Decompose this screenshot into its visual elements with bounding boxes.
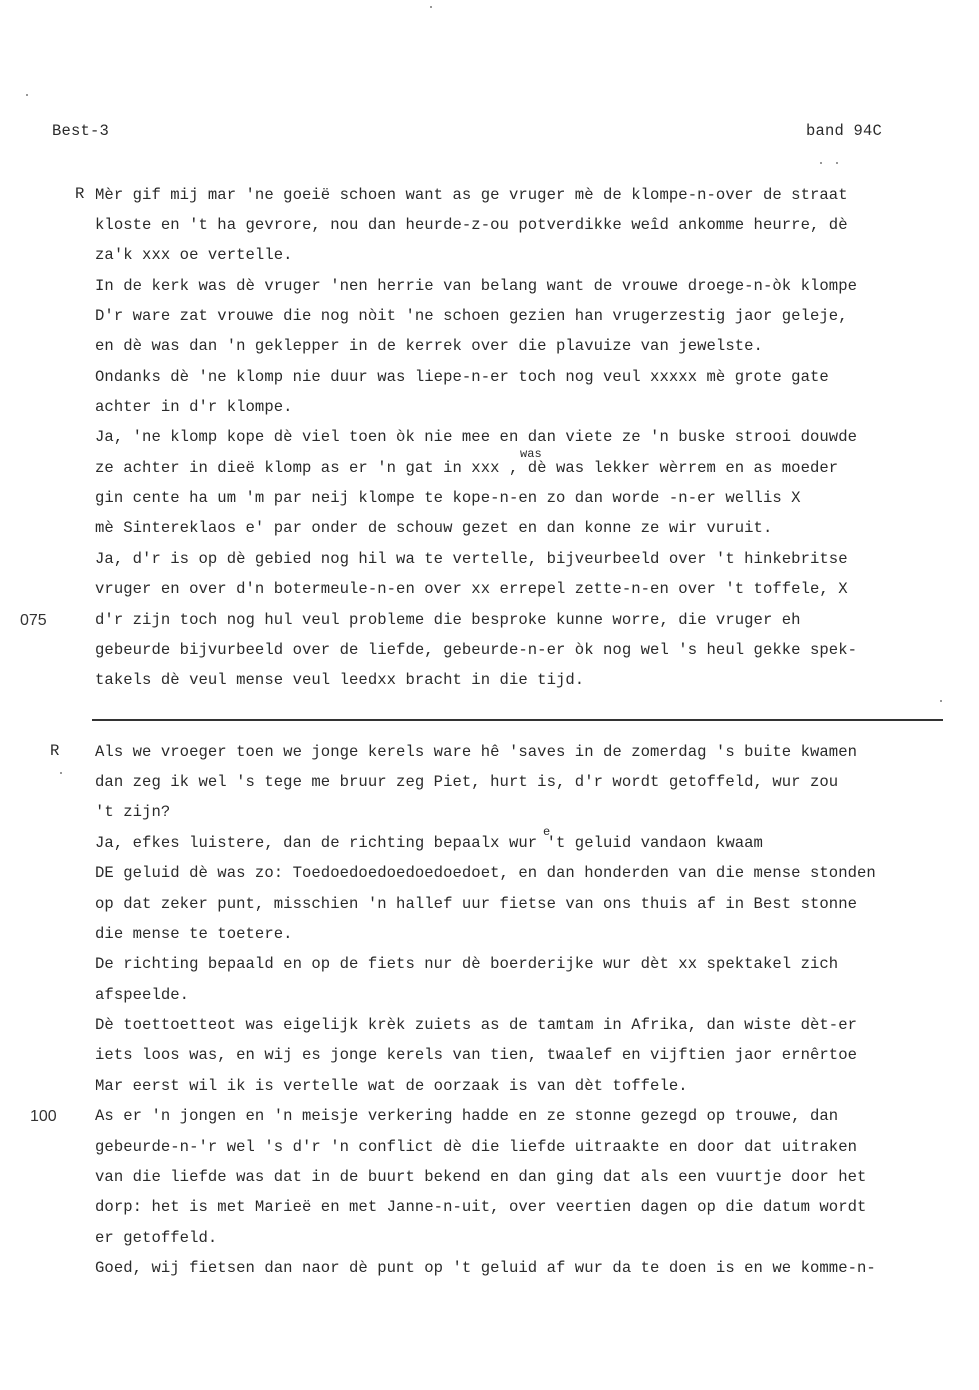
text-line: er getoffeld.	[95, 1228, 217, 1248]
speaker-label: R	[50, 742, 59, 760]
text-line: gebeurde bijvurbeeld over de liefde, geb…	[95, 640, 857, 660]
scan-speck	[60, 772, 62, 774]
scan-speck	[26, 94, 28, 96]
text-line: achter in d'r klompe.	[95, 397, 293, 417]
line-number: 100	[30, 1108, 57, 1126]
text-line: As er 'n jongen en 'n meisje verkering h…	[95, 1106, 838, 1126]
interlinear-correction: e	[543, 822, 550, 842]
text-line: De richting bepaald en op de fiets nur d…	[95, 954, 838, 974]
text-line: d'r zijn toch nog hul veul probleme die …	[95, 610, 801, 630]
text-line: kloste en 't ha gevrore, nou dan heurde-…	[95, 215, 848, 235]
text-line: In de kerk was dè vruger 'nen herrie van…	[95, 276, 857, 296]
interlinear-correction: was	[520, 444, 542, 464]
text-line: D'r ware zat vrouwe die nog nòit 'ne sch…	[95, 306, 848, 326]
section-divider	[92, 719, 943, 721]
scan-speck	[820, 162, 822, 164]
text-line: ze achter in dieë klomp as er 'n gat in …	[95, 458, 838, 478]
text-line: 't zijn?	[95, 802, 170, 822]
text-line: Mar eerst wil ik is vertelle wat de oorz…	[95, 1076, 688, 1096]
text-line: vruger en over d'n botermeule-n-en over …	[95, 579, 848, 599]
text-line: Ja, 'ne klomp kope dè viel toen òk nie m…	[95, 427, 857, 447]
tape-number: band 94C	[806, 122, 882, 140]
text-line: en dè was dan 'n geklepper in de kerrek …	[95, 336, 763, 356]
text-line: afspeelde.	[95, 985, 189, 1005]
text-line: van die liefde was dat in de buurt beken…	[95, 1167, 866, 1187]
text-line: DE geluid dè was zo: Toedoedoedoedoedoed…	[95, 863, 876, 883]
text-line: takels dè veul mense veul leedxx bracht …	[95, 670, 584, 690]
text-line: Ondanks dè 'ne klomp nie duur was liepe-…	[95, 367, 829, 387]
text-line: dorp: het is met Marieë en met Janne-n-u…	[95, 1197, 866, 1217]
text-line: die mense te toetere.	[95, 924, 293, 944]
text-line: Dè toettoetteot was eigelijk krèk zuiets…	[95, 1015, 857, 1035]
text-line: za'k xxx oe vertelle.	[95, 245, 293, 265]
text-line: gebeurde-n-'r wel 's d'r 'n conflict dè …	[95, 1137, 857, 1157]
scan-speck	[836, 162, 838, 164]
document-id: Best-3	[52, 122, 109, 140]
scan-speck	[940, 700, 942, 702]
speaker-label: R	[75, 185, 84, 203]
text-line: dan zeg ik wel 's tege me bruur zeg Piet…	[95, 772, 838, 792]
text-line: mè Sintereklaos e' par onder de schouw g…	[95, 518, 772, 538]
text-line: Ja, d'r is op dè gebied nog hil wa te ve…	[95, 549, 848, 569]
text-line: iets loos was, en wij es jonge kerels va…	[95, 1045, 857, 1065]
text-line: Als we vroeger toen we jonge kerels ware…	[95, 742, 857, 762]
text-line: Goed, wij fietsen dan naor dè punt op 't…	[95, 1258, 876, 1278]
line-number: 075	[20, 612, 47, 630]
text-line: op dat zeker punt, misschien 'n hallef u…	[95, 894, 857, 914]
text-line: gin cente ha um 'm par neij klompe te ko…	[95, 488, 801, 508]
document-page: Best-3 band 94C R Mèr gif mij mar 'ne go…	[0, 0, 979, 1390]
scan-speck	[430, 6, 432, 8]
text-line: Mèr gif mij mar 'ne goeië schoen want as…	[95, 185, 848, 205]
text-line: Ja, efkes luistere, dan de richting bepa…	[95, 833, 763, 853]
